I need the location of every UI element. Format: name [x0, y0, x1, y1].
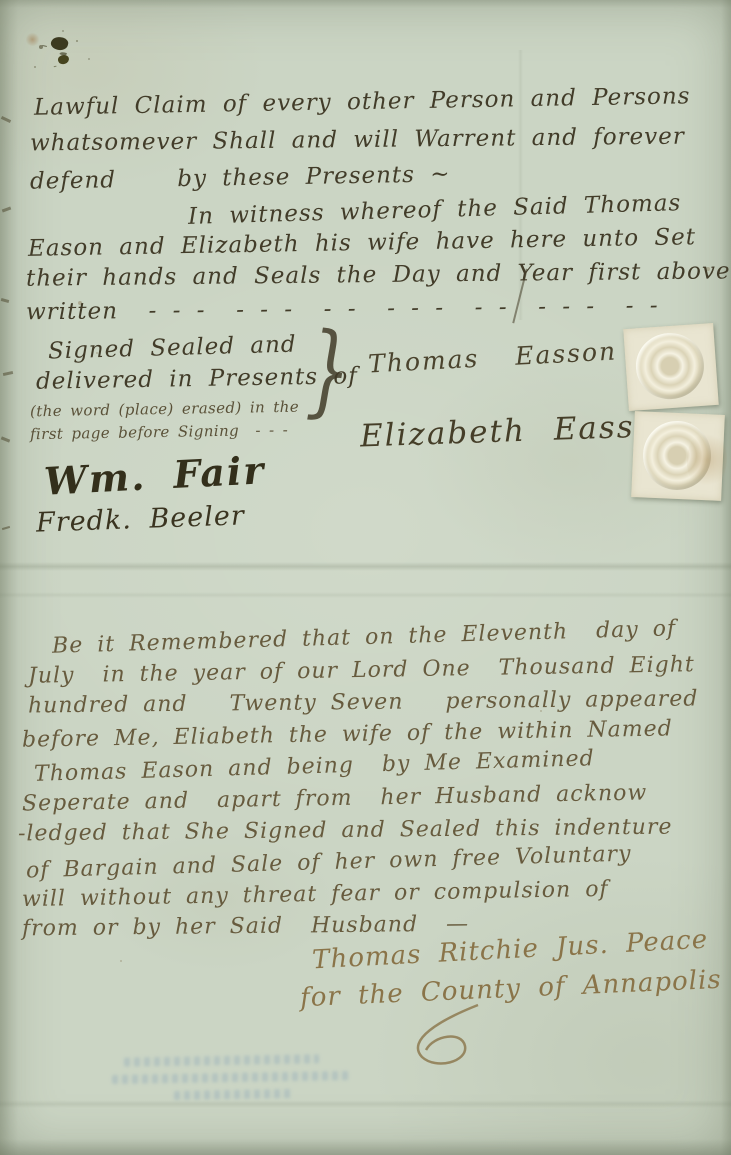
deed-closing-line: whatsomever Shall and will Warrent and f… [30, 125, 685, 157]
archival-stamp [112, 1056, 362, 1106]
acknowledgment-line: Seperate and apart from her Husband ackn… [22, 782, 648, 817]
attestation-line: Signed Sealed and [48, 333, 297, 365]
stamp-text-line [174, 1089, 292, 1100]
right-page-edge [721, 0, 731, 1155]
paper-speckles [0, 0, 2, 2]
ink-blot [57, 54, 70, 66]
witness-clause-line: their hands and Seals the Day and Year f… [26, 259, 731, 292]
witness-clause-line: In witness whereof the Said Thomas [188, 191, 682, 230]
deed-closing-line: defend by these Presents ~ [30, 162, 451, 195]
deed-closing-line: Lawful Claim of every other Person and P… [34, 84, 691, 121]
bottom-page-edge [0, 1139, 731, 1155]
embossed-seal-1 [623, 323, 719, 411]
acknowledgment-line: July in the year of our Lord One Thousan… [28, 653, 695, 689]
ink-stain [25, 33, 40, 46]
fold-crease [0, 592, 731, 598]
stamp-text-line [112, 1071, 352, 1084]
ink-blot [50, 35, 70, 52]
acknowledgment-line: will without any threat fear or compulsi… [22, 878, 609, 912]
acknowledgment-line: -ledged that She Signed and Sealed this … [18, 816, 673, 847]
top-page-edge [0, 0, 731, 8]
stamp-text-line [124, 1054, 319, 1066]
witness-signature-2: Fredk. Beeler [36, 501, 246, 538]
acknowledgment-line: from or by her Said Husband — [22, 913, 469, 942]
attestation-line: (the word (place) erased) in the [30, 399, 299, 420]
acknowledgment-line: Be it Remembered that on the Eleventh da… [52, 617, 677, 659]
attestation-brace: } [305, 314, 353, 428]
attestation-line: first page before Signing - - - [30, 422, 288, 443]
witness-clause-line: Eason and Elizabeth his wife have here u… [28, 225, 696, 262]
fold-crease [0, 562, 731, 571]
left-fold-edge [0, 0, 18, 1155]
fold-crease [0, 1100, 731, 1108]
signature-thomas-easson: Thomas Easson [367, 337, 617, 378]
witness-signature-1: Wm. Fair [43, 449, 266, 502]
acknowledgment-line: Thomas Eason and being by Me Examined [34, 747, 595, 787]
signature-elizabeth-easson: Elizabeth Easson [360, 408, 678, 453]
signature-flourish [378, 1002, 518, 1072]
acknowledgment-line: hundred and Twenty Seven personally appe… [28, 687, 699, 718]
embossed-seal-2 [631, 411, 725, 501]
document-page: Lawful Claim of every other Person and P… [0, 0, 731, 1155]
